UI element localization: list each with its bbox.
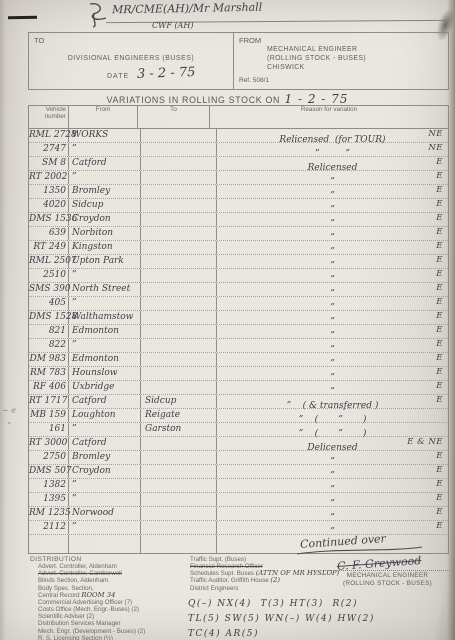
table-row: MB 159LoughtonReigate” ( ” ): [29, 408, 448, 422]
routing-sub-note: CWF (AH): [152, 21, 193, 30]
distribution-item: Advert. Controller, Camberwell: [30, 570, 180, 577]
to-cell: [141, 479, 217, 492]
table-row: DMS 507Croydon”E: [29, 464, 448, 478]
from-cell: FROM MECHANICAL ENGINEER (ROLLING STOCK …: [233, 33, 448, 89]
from-cell: ”: [69, 269, 141, 282]
reason-cell: ”E: [217, 213, 448, 226]
from-cell: WORKS: [69, 129, 141, 142]
status-code: E: [436, 171, 443, 181]
status-code: E: [436, 213, 443, 223]
variations-table: Vehicle number From To Reason for variat…: [28, 105, 449, 554]
table-row: RML 2728WORKSRelicensed (for TOUR)NE: [29, 129, 448, 142]
vehicle-cell: DMS 1536: [29, 213, 69, 226]
vehicle-cell: RM 1235: [29, 507, 69, 520]
vehicle-cell: 1382: [29, 479, 69, 492]
from-cell: Catford: [69, 437, 141, 450]
reason-cell: ” ( ” ): [217, 409, 448, 422]
from-cell: Uxbridge: [69, 381, 141, 394]
vehicle-cell: 1395: [29, 493, 69, 506]
to-cell: [141, 465, 217, 478]
to-cell: [141, 437, 217, 450]
reason-cell: RelicensedE: [217, 157, 448, 170]
distribution-item-text: Traffic Supt. (Buses): [190, 556, 246, 563]
from-cell: Sidcup: [69, 199, 141, 212]
vehicle-cell: RM 783: [29, 367, 69, 380]
allocation-codes-line-1: Q(–) NX(4) T(3) HT(3) R(2): [188, 599, 358, 609]
distribution-item: Blinds Section, Aldenham: [30, 577, 180, 584]
vehicle-cell: 639: [29, 227, 69, 240]
table-row: RML 2507Upton Park”E: [29, 254, 448, 268]
status-code: E: [436, 199, 443, 209]
from-cell: Croydon: [69, 465, 141, 478]
distribution-item: Central Record ROOM 34: [30, 592, 180, 599]
vehicle-cell: RT 1717: [29, 395, 69, 408]
table-row: 821Edmonton”E: [29, 324, 448, 338]
ink-squiggle-icon: [84, 0, 114, 28]
from-label: FROM: [239, 36, 261, 45]
table-row: RM 1235Norwood”E: [29, 506, 448, 520]
status-code: E & NE: [407, 437, 443, 447]
distribution-item-text: Advert. Controller, Aldenham: [38, 563, 117, 570]
vehicle-cell: DMS 1528: [29, 311, 69, 324]
reason-cell: ”E: [217, 199, 448, 212]
reason-cell: ” ( ” ): [217, 423, 448, 436]
vehicle-cell: [29, 535, 69, 553]
distribution-item-text: Advert. Controller, Camberwell: [38, 570, 122, 577]
status-code: E: [436, 507, 443, 517]
distribution-left-list: Advert. Controller, AldenhamAdvert. Cont…: [30, 563, 180, 640]
table-row: 4020Sidcup”E: [29, 198, 448, 212]
reason-cell: ”E: [217, 367, 448, 380]
ref-number: Ref. 508/1: [239, 77, 269, 84]
table-row: RF 406Uxbridge”E: [29, 380, 448, 394]
reason-cell: ”E: [217, 311, 448, 324]
to-cell: [141, 451, 217, 464]
vehicle-cell: RT 2002: [29, 171, 69, 184]
signature-dotted-line: [325, 570, 450, 571]
reason-cell: ”E: [217, 227, 448, 240]
to-cell: [141, 381, 217, 394]
table-row: 1350Bromley”E: [29, 184, 448, 198]
to-cell: [141, 353, 217, 366]
status-code: E: [436, 479, 443, 489]
vehicle-cell: RML 2507: [29, 255, 69, 268]
margin-mark: ~ e: [2, 406, 16, 415]
from-cell: Hounslow: [69, 367, 141, 380]
table-row: SMS 390North Street”E: [29, 282, 448, 296]
reason-cell: ”E: [217, 507, 448, 520]
from-cell: ”: [69, 339, 141, 352]
vehicle-cell: DMS 507: [29, 465, 69, 478]
vehicle-cell: RF 406: [29, 381, 69, 394]
status-code: E: [436, 157, 443, 167]
vehicle-cell: 405: [29, 297, 69, 310]
status-code: NE: [428, 143, 443, 153]
status-code: E: [436, 269, 443, 279]
to-cell: [141, 507, 217, 520]
vehicle-cell: 1350: [29, 185, 69, 198]
col-header-from: From: [69, 106, 138, 128]
status-code: E: [436, 521, 443, 531]
reason-cell: ” ( & transferred )E: [217, 395, 448, 408]
vehicle-cell: 2750: [29, 451, 69, 464]
reason-cell: ”E: [217, 479, 448, 492]
distribution-item-text: Traffic Auditor, Griffith House: [190, 577, 269, 584]
distribution-item: R. S. Licensing Section (½): [30, 635, 180, 640]
vehicle-cell: 2112: [29, 521, 69, 534]
scanned-document-page: MR/CME(AH)/Mr Marshall CWF (AH) TO DIVIS…: [0, 0, 455, 640]
from-cell: Edmonton: [69, 325, 141, 338]
reason-cell: ”E: [217, 493, 448, 506]
to-label: TO: [34, 36, 44, 45]
from-cell: ”: [69, 521, 141, 534]
to-cell: Reigate: [141, 409, 217, 422]
to-cell: [141, 325, 217, 338]
table-row: DMS 1536Croydon”E: [29, 212, 448, 226]
from-cell: Croydon: [69, 213, 141, 226]
vehicle-cell: 2510: [29, 269, 69, 282]
distribution-right-list: Traffic Supt. (Buses)Financial Research …: [182, 556, 332, 592]
reason-cell: ”E: [217, 521, 448, 534]
address-box: TO DIVISIONAL ENGINEERS (BUSES) DATE 3 -…: [28, 32, 449, 90]
from-cell: Upton Park: [69, 255, 141, 268]
reason-cell: ”E: [217, 171, 448, 184]
from-line3: CHISWICK: [267, 64, 305, 71]
to-cell: Garston: [141, 423, 217, 436]
vehicle-cell: 161: [29, 423, 69, 436]
reason-cell: ”E: [217, 451, 448, 464]
table-row: DMS 1528Walthamstow”E: [29, 310, 448, 324]
distribution-title: DISTRIBUTION: [30, 556, 180, 563]
to-cell: [141, 521, 217, 534]
distribution-item-text: Mech. Engr. (Development - Buses) (2): [38, 628, 145, 635]
table-row: RT 3000CatfordDelicensedE & NE: [29, 436, 448, 450]
table-row: RM 783Hounslow”E: [29, 366, 448, 380]
to-cell: [141, 185, 217, 198]
distribution-item-text: Costs Office (Mech. Engr.-Buses) (2): [38, 606, 139, 613]
title-text: VARIATIONS IN ROLLING STOCK ON: [107, 95, 281, 105]
vehicle-cell: SM 8: [29, 157, 69, 170]
col-header-reason: Reason for variation: [210, 106, 448, 128]
reason-cell: ”E: [217, 465, 448, 478]
table-row: SM 8CatfordRelicensedE: [29, 156, 448, 170]
to-cell: [141, 199, 217, 212]
from-cell: Loughton: [69, 409, 141, 422]
vehicle-cell: RT 3000: [29, 437, 69, 450]
to-cell: [141, 493, 217, 506]
signature-line1: MECHANICAL ENGINEER: [325, 572, 450, 580]
table-row: 822””E: [29, 338, 448, 352]
status-code: E: [436, 465, 443, 475]
from-cell: Edmonton: [69, 353, 141, 366]
from-cell: Norwood: [69, 507, 141, 520]
distribution-item: Distribution Services Manager: [30, 620, 180, 627]
table-row: 639Norbiton”E: [29, 226, 448, 240]
table-row: 1395””E: [29, 492, 448, 506]
status-code: E: [436, 353, 443, 363]
status-code: E: [436, 241, 443, 251]
status-code: E: [436, 311, 443, 321]
from-cell: Kingston: [69, 241, 141, 254]
routing-note: MR/CME(AH)/Mr Marshall: [112, 1, 262, 17]
status-code: E: [436, 367, 443, 377]
from-line1: MECHANICAL ENGINEER: [267, 46, 357, 53]
date-label: DATE: [107, 73, 129, 80]
from-cell: Walthamstow: [69, 311, 141, 324]
status-code: E: [436, 493, 443, 503]
to-cell: [141, 171, 217, 184]
reason-cell: ”E: [217, 255, 448, 268]
table-row: DM 983Edmonton”E: [29, 352, 448, 366]
to-cell: [141, 157, 217, 170]
status-code: E: [436, 255, 443, 265]
to-cell: [141, 283, 217, 296]
vehicle-cell: MB 159: [29, 409, 69, 422]
distribution-item-text: Central Record: [38, 592, 80, 599]
to-cell: [141, 129, 217, 142]
top-left-ink-dash: [8, 16, 37, 20]
from-cell: [69, 535, 141, 553]
table-row: RT 2002””E: [29, 170, 448, 184]
distribution-item-text: Blinds Section, Aldenham: [38, 577, 108, 584]
table-row: 2510””E: [29, 268, 448, 282]
status-code: E: [436, 283, 443, 293]
signature-title-block: MECHANICAL ENGINEER (ROLLING STOCK - BUS…: [325, 572, 450, 588]
status-code: E: [436, 381, 443, 391]
handwritten-annotation: ROOM 34: [81, 591, 115, 599]
table-row: 2747”” ”NE: [29, 142, 448, 156]
status-code: E: [436, 325, 443, 335]
status-code: E: [436, 339, 443, 349]
from-line2: (ROLLING STOCK - BUSES): [267, 55, 366, 62]
distribution-item: Costs Office (Mech. Engr.-Buses) (2): [30, 606, 180, 613]
to-cell: [141, 269, 217, 282]
from-cell: ”: [69, 171, 141, 184]
to-cell: Sidcup: [141, 395, 217, 408]
signature-line2: (ROLLING STOCK - BUSES): [325, 580, 450, 588]
status-code: E: [436, 227, 443, 237]
reason-cell: ”E: [217, 297, 448, 310]
col-header-vehicle: Vehicle number: [29, 106, 69, 128]
allocation-codes-line-2: TL(5) SW(5) WN(–) W(4) HW(2): [188, 614, 375, 624]
from-cell: ”: [69, 423, 141, 436]
table-body: RML 2728WORKSRelicensed (for TOUR)NE2747…: [29, 129, 448, 553]
distribution-left-column: DISTRIBUTION Advert. Controller, Aldenha…: [30, 556, 180, 640]
distribution-item: Traffic Auditor, Griffith House (2): [182, 577, 332, 584]
distribution-item: District Engineers: [182, 585, 332, 592]
to-cell: [141, 311, 217, 324]
from-cell: North Street: [69, 283, 141, 296]
to-cell: [141, 255, 217, 268]
from-cell: Bromley: [69, 451, 141, 464]
to-cell: [141, 143, 217, 156]
vehicle-cell: 2747: [29, 143, 69, 156]
reason-cell: ”E: [217, 325, 448, 338]
table-header-row: Vehicle number From To Reason for variat…: [29, 106, 448, 129]
col-header-to: To: [138, 106, 210, 128]
status-code: E: [436, 451, 443, 461]
table-row: RT 249Kingston”E: [29, 240, 448, 254]
vehicle-cell: DM 983: [29, 353, 69, 366]
vehicle-cell: 821: [29, 325, 69, 338]
distribution-item: Traffic Supt. (Buses): [182, 556, 332, 563]
from-cell: ”: [69, 493, 141, 506]
to-cell: [141, 213, 217, 226]
distribution-item-text: Commercial Advertising Officer (7): [38, 599, 132, 606]
from-cell: ”: [69, 143, 141, 156]
distribution-item-text: Distribution Services Manager: [38, 620, 121, 627]
reason-cell: DelicensedE & NE: [217, 437, 448, 450]
reason-cell: ”E: [217, 185, 448, 198]
distribution-item: Mech. Engr. (Development - Buses) (2): [30, 628, 180, 635]
distribution-item: Scientific Adviser (2): [30, 613, 180, 620]
from-cell: Bromley: [69, 185, 141, 198]
allocation-codes-line-3: TC(4) AR(5): [188, 629, 259, 639]
distribution-item-text: District Engineers: [190, 585, 239, 592]
to-cell: [141, 339, 217, 352]
reason-cell: Relicensed (for TOUR)NE: [217, 129, 448, 142]
distribution-item: Advert. Controller, Aldenham: [30, 563, 180, 570]
margin-mark: ”: [7, 421, 11, 430]
reason-cell: ”E: [217, 353, 448, 366]
status-code: E: [436, 297, 443, 307]
table-row: RT 1717CatfordSidcup” ( & transferred )E: [29, 394, 448, 408]
from-cell: Catford: [69, 157, 141, 170]
distribution-item-text: Scientific Adviser (2): [38, 613, 94, 620]
status-code: E: [436, 395, 443, 405]
table-row: 1382””E: [29, 478, 448, 492]
distribution-item-text: R. S. Licensing Section (½): [38, 635, 113, 640]
to-cell: [141, 227, 217, 240]
table-row: 2750Bromley”E: [29, 450, 448, 464]
to-cell: [141, 535, 217, 553]
date-value: 3 - 2 - 75: [137, 65, 196, 82]
title-date: 1 - 2 - 75: [285, 92, 349, 106]
distribution-item: Commercial Advertising Officer (7): [30, 599, 180, 606]
to-cell: [141, 367, 217, 380]
to-value: DIVISIONAL ENGINEERS (BUSES): [29, 55, 233, 62]
status-code: NE: [428, 129, 443, 139]
table-row: 161”Garston” ( ” ): [29, 422, 448, 436]
from-cell: Norbiton: [69, 227, 141, 240]
reason-cell: ”E: [217, 241, 448, 254]
vehicle-cell: RT 249: [29, 241, 69, 254]
handwritten-annotation: (2): [270, 576, 280, 584]
from-cell: Catford: [69, 395, 141, 408]
from-cell: ”: [69, 479, 141, 492]
vehicle-cell: 822: [29, 339, 69, 352]
status-code: E: [436, 185, 443, 195]
from-cell: ”: [69, 297, 141, 310]
reason-cell: ”E: [217, 339, 448, 352]
reason-cell: ”E: [217, 283, 448, 296]
to-cell: [141, 297, 217, 310]
vehicle-cell: RML 2728: [29, 129, 69, 142]
distribution-right-column: Traffic Supt. (Buses)Financial Research …: [182, 556, 332, 592]
reason-cell: ”E: [217, 381, 448, 394]
reason-cell: ”E: [217, 269, 448, 282]
reason-cell: ” ”NE: [217, 143, 448, 156]
vehicle-cell: 4020: [29, 199, 69, 212]
vehicle-cell: SMS 390: [29, 283, 69, 296]
table-row: 405””E: [29, 296, 448, 310]
to-cell: [141, 241, 217, 254]
